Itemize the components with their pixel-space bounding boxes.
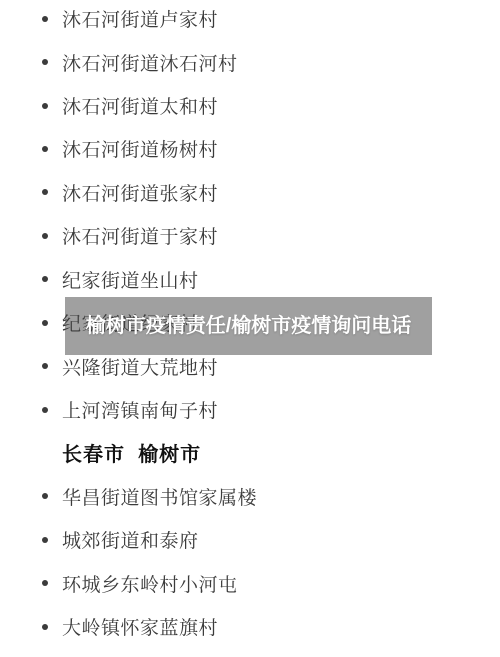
- list-item-label: 沐石河街道卢家村: [62, 5, 218, 32]
- section-heading-label: 长春市 榆树市: [62, 438, 201, 467]
- list-item-label: 沐石河街道于家村: [62, 222, 218, 249]
- bullet-icon: [42, 624, 48, 630]
- list-item: 华昌街道图书馆家属楼: [0, 475, 500, 518]
- bullet-icon: [42, 103, 48, 109]
- bullet-icon: [42, 537, 48, 543]
- list-item-label: 上河湾镇南甸子村: [62, 396, 218, 423]
- list-item: 沐石河街道沐石河村: [0, 40, 500, 83]
- list-item: 沐石河街道卢家村: [0, 0, 500, 40]
- bullet-icon: [42, 59, 48, 65]
- list-item-label: 大岭镇怀家蓝旗村: [62, 613, 218, 640]
- bullet-icon: [42, 16, 48, 22]
- list-item-label: 纪家街道坐山村: [62, 266, 199, 293]
- list-item: 上河湾镇南甸子村: [0, 388, 500, 431]
- list-item-label: 沐石河街道张家村: [62, 179, 218, 206]
- list-item-label: 兴隆街道大荒地村: [62, 353, 218, 380]
- list-item-label: 城郊街道和泰府: [62, 526, 199, 553]
- watermark-title: 榆树市疫情责任/榆树市疫情询问电话: [65, 297, 432, 355]
- list-item-label: 沐石河街道沐石河村: [62, 49, 238, 76]
- list-item: 纪家街道坐山村: [0, 258, 500, 301]
- list-item: 沐石河街道杨树村: [0, 127, 500, 170]
- list-item: 大岭镇怀家蓝旗村: [0, 605, 500, 648]
- section-heading: 长春市 榆树市: [0, 431, 500, 474]
- list-item-label: 沐石河街道杨树村: [62, 135, 218, 162]
- list-item: 城郊街道和泰府: [0, 518, 500, 561]
- bullet-icon: [42, 407, 48, 413]
- bullet-icon: [42, 320, 48, 326]
- list-item: 环城乡东岭村小河屯: [0, 561, 500, 604]
- bullet-icon: [42, 146, 48, 152]
- bullet-icon: [42, 363, 48, 369]
- bullet-icon: [42, 580, 48, 586]
- article-page: 沐石河街道卢家村 沐石河街道沐石河村 沐石河街道太和村 沐石河街道杨树村 沐石河…: [0, 0, 500, 657]
- bullet-icon: [42, 493, 48, 499]
- list-item-label: 华昌街道图书馆家属楼: [62, 483, 257, 510]
- bullet-icon: [42, 276, 48, 282]
- list-item-label: 环城乡东岭村小河屯: [62, 570, 238, 597]
- list-item: 沐石河街道于家村: [0, 214, 500, 257]
- list-item-label: 沐石河街道太和村: [62, 92, 218, 119]
- list-item: 沐石河街道太和村: [0, 84, 500, 127]
- list-item: 沐石河街道张家村: [0, 171, 500, 214]
- bullet-icon: [42, 233, 48, 239]
- bullet-icon: [42, 189, 48, 195]
